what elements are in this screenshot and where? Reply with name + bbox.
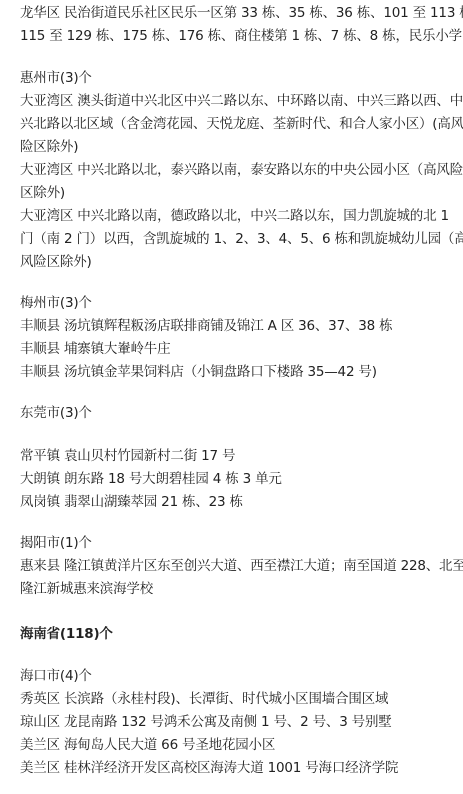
address-line: 风险区除外)	[20, 251, 455, 273]
address-line: 美兰区 海甸岛人民大道 66 号圣地花园小区	[20, 734, 455, 756]
address-line: 兴北路以北区域（含金湾花园、天悦龙庭、荃新时代、和合人家小区）(高风	[20, 113, 455, 135]
city-heading: 梅州市(3)个	[20, 292, 455, 314]
address-line: 大亚湾区 中兴北路以北，泰兴路以南，泰安路以东的中央公园小区（高风险	[20, 159, 455, 181]
address-line: 龙华区 民治街道民乐社区民乐一区第 33 栋、35 栋、36 栋、101 至 1…	[20, 2, 455, 24]
address-line: 门（南 2 门）以西，含凯旋城的 1、2、3、4、5、6 栋和凯旋城幼儿园（高	[20, 228, 455, 250]
address-line: 常平镇 袁山贝村竹园新村二街 17 号	[20, 445, 455, 467]
address-line: 隆江新城惠来滨海学校	[20, 578, 455, 600]
province-heading: 海南省(118)个	[20, 623, 455, 645]
address-line: 琼山区 龙昆南路 132 号鸿禾公寓及南侧 1 号、2 号、3 号别墅	[20, 711, 455, 733]
address-line: 大亚湾区 中兴北路以南，德政路以北，中兴二路以东，国力凯旋城的北 1	[20, 205, 455, 227]
address-line: 区除外)	[20, 182, 455, 204]
address-line: 惠来县 隆江镇黄洋片区东至创兴大道、西至襟江大道；南至国道 228、北至	[20, 555, 455, 577]
address-line: 美兰区 桂林洋经济开发区高校区海涛大道 1001 号海口经济学院	[20, 757, 455, 779]
city-heading: 海口市(4)个	[20, 665, 455, 687]
document-page: 龙华区 民治街道民乐社区民乐一区第 33 栋、35 栋、36 栋、101 至 1…	[0, 0, 463, 794]
address-line: 丰顺县 汤坑镇辉程粄汤店联排商铺及锦江 A 区 36、37、38 栋	[20, 315, 455, 337]
address-line: 丰顺县 汤坑镇金苹果饲料店（小铜盘路口下楼路 35—42 号)	[20, 361, 455, 383]
city-heading: 揭阳市(1)个	[20, 532, 455, 554]
city-heading: 惠州市(3)个	[20, 67, 455, 89]
city-heading: 东莞市(3)个	[20, 402, 455, 424]
address-line: 大亚湾区 澳头街道中兴北区中兴二路以东、中环路以南、中兴三路以西、中	[20, 90, 455, 112]
address-line: 大朗镇 朗东路 18 号大朗碧桂园 4 栋 3 单元	[20, 468, 455, 490]
address-line: 丰顺县 埔寨镇大輋岭牛庄	[20, 338, 455, 360]
address-line: 凤岗镇 翡翠山湖臻萃园 21 栋、23 栋	[20, 491, 455, 513]
address-line: 115 至 129 栋、175 栋、176 栋、商住楼第 1 栋、7 栋、8 栋…	[20, 25, 455, 47]
address-line: 险区除外)	[20, 136, 455, 158]
address-line: 秀英区 长滨路（永桂村段)、长潭街、时代城小区围墙合围区域	[20, 688, 455, 710]
